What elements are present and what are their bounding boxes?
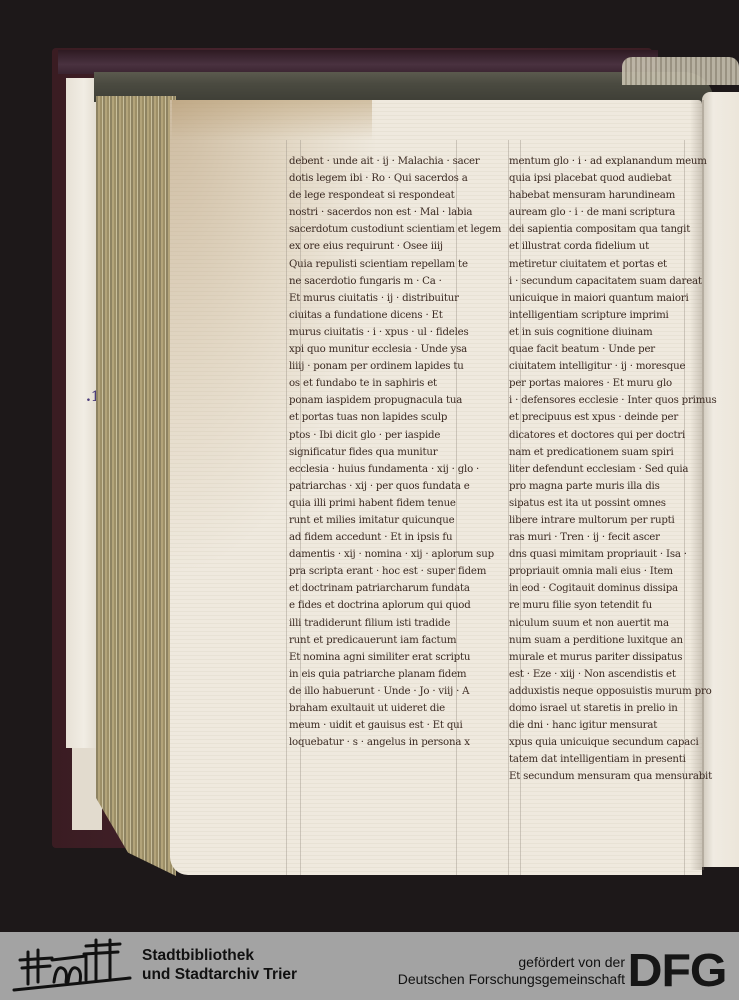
manuscript-line: xpi quo munitur ecclesia · Unde ysa (289, 341, 501, 358)
headband (622, 57, 739, 85)
institution-name: Stadtbibliothek und Stadtarchiv Trier (142, 946, 297, 984)
manuscript-line: significatur fides qua munitur (289, 444, 501, 461)
manuscript-line: de illo habuerunt · Unde · Jo · viij · A (289, 683, 501, 700)
manuscript-line: ciuitas a fundatione dicens · Et (289, 307, 501, 324)
manuscript-line: est · Eze · xiij · Non ascendistis et (509, 666, 717, 683)
manuscript-line: die dni · hanc igitur mensurat (509, 717, 717, 734)
manuscript-scan: .1 debent · unde ait · ij · Malachia · s… (0, 0, 739, 932)
manuscript-line: ex ore eius requirunt · Osee iiij (289, 238, 501, 255)
manuscript-line: per portas maiores · Et muru glo (509, 375, 717, 392)
manuscript-line: i · defensores ecclesie · Inter quos pri… (509, 392, 717, 409)
dfg-logo-icon: DFG (628, 950, 727, 990)
manuscript-line: auream glo · i · de mani scriptura (509, 204, 717, 221)
manuscript-line: liter defendunt ecclesiam · Sed quia (509, 461, 717, 478)
page-fore-edge (96, 96, 176, 876)
manuscript-line: adduxistis neque opposuistis murum pro (509, 683, 717, 700)
manuscript-line: meum · uidit et gauisus est · Et qui (289, 717, 501, 734)
manuscript-line: xpus quia unicuique secundum capaci (509, 734, 717, 751)
funding-line-1: gefördert von der (398, 954, 625, 971)
manuscript-line: et in suis cognitione diuinam (509, 324, 717, 341)
manuscript-line: re muru filie syon tetendit fu (509, 597, 717, 614)
manuscript-line: ad fidem accedunt · Et in ipsis fu (289, 529, 501, 546)
manuscript-line: in eis quia patriarche planam fidem (289, 666, 501, 683)
funding-note: gefördert von der Deutschen Forschungsge… (398, 954, 625, 988)
funding-line-2: Deutschen Forschungsgemeinschaft (398, 971, 625, 988)
manuscript-line: damentis · xij · nomina · xij · aplorum … (289, 546, 501, 563)
manuscript-line: Et murus ciuitatis · ij · distribuitur (289, 290, 501, 307)
manuscript-line: i · secundum capacitatem suam dareat (509, 273, 717, 290)
manuscript-line: loquebatur · s · angelus in persona x (289, 734, 501, 751)
manuscript-line: ras muri · Tren · ij · fecit ascer (509, 529, 717, 546)
manuscript-line: pro magna parte muris illa dis (509, 478, 717, 495)
manuscript-line: quia ipsi placebat quod audiebat (509, 170, 717, 187)
manuscript-line: mentum glo · i · ad explanandum meum (509, 153, 717, 170)
binding-top-edge (58, 50, 658, 74)
manuscript-line: os et fundabo te in saphiris et (289, 375, 501, 392)
manuscript-line: nam et predicationem suam spiri (509, 444, 717, 461)
manuscript-line: dns quasi mimitam propriauit · Isa · (509, 546, 717, 563)
manuscript-line: dotis legem ibi · Ro · Qui sacerdos a (289, 170, 501, 187)
manuscript-line: illi tradiderunt filium isti tradide (289, 615, 501, 632)
manuscript-line: tatem dat intelligentiam in presenti (509, 751, 717, 768)
manuscript-line: num suam a perditione luxitque an (509, 632, 717, 649)
manuscript-line: patriarchas · xij · per quos fundata e (289, 478, 501, 495)
manuscript-line: Et nomina agni similiter erat scriptu (289, 649, 501, 666)
manuscript-line: propriauit omnia mali eius · Item (509, 563, 717, 580)
manuscript-line: et doctrinam patriarcharum fundata (289, 580, 501, 597)
manuscript-line: quia illi primi habent fidem tenue (289, 495, 501, 512)
manuscript-line: dei sapientia compositam qua tangit (509, 221, 717, 238)
manuscript-line: sacerdotum custodiunt scientiam et legem (289, 221, 501, 238)
manuscript-line: e fides et doctrina aplorum qui quod (289, 597, 501, 614)
manuscript-line: debent · unde ait · ij · Malachia · sace… (289, 153, 501, 170)
manuscript-line: ciuitatem intelligitur · ij · moresque (509, 358, 717, 375)
manuscript-line: liiij · ponam per ordinem lapides tu (289, 358, 501, 375)
manuscript-line: runt et predicauerunt iam factum (289, 632, 501, 649)
ruling-line (286, 140, 287, 875)
manuscript-line: ecclesia · huius fundamenta · xij · glo … (289, 461, 501, 478)
page-block-top-edge (94, 72, 714, 102)
manuscript-line: domo israel ut staretis in prelio in (509, 700, 717, 717)
water-stain (172, 100, 372, 140)
manuscript-line: pra scripta erant · hoc est · super fide… (289, 563, 501, 580)
manuscript-line: intelligentiam scripture imprimi (509, 307, 717, 324)
text-column-right: mentum glo · i · ad explanandum meumquia… (509, 153, 717, 785)
institution-line-1: Stadtbibliothek (142, 946, 297, 965)
manuscript-line: libere intrare multorum per rupti (509, 512, 717, 529)
manuscript-line: niculum suum et non auertit ma (509, 615, 717, 632)
manuscript-line: murus ciuitatis · i · xpus · ul · fidele… (289, 324, 501, 341)
manuscript-line: murale et murus pariter dissipatus (509, 649, 717, 666)
manuscript-line: ptos · Ibi dicit glo · per iaspide (289, 427, 501, 444)
manuscript-line: ne sacerdotio fungaris m · Ca · (289, 273, 501, 290)
manuscript-line: in eod · Cogitauit dominus dissipa (509, 580, 717, 597)
footer-banner: Stadtbibliothek und Stadtarchiv Trier ge… (0, 932, 739, 1000)
manuscript-line: sipatus est ita ut possint omnes (509, 495, 717, 512)
manuscript-line: runt et milies imitatur quicunque (289, 512, 501, 529)
manuscript-line: quae facit beatum · Unde per (509, 341, 717, 358)
manuscript-line: dicatores et doctores qui per doctri (509, 427, 717, 444)
manuscript-line: habebat mensuram harundineam (509, 187, 717, 204)
manuscript-line: et portas tuas non lapides sculp (289, 409, 501, 426)
stadtbibliothek-trier-logo-icon (12, 938, 132, 994)
manuscript-line: Et secundum mensuram qua mensurabit (509, 768, 717, 785)
text-column-left: debent · unde ait · ij · Malachia · sace… (289, 153, 501, 751)
manuscript-line: ponam iaspidem propugnacula tua (289, 392, 501, 409)
manuscript-line: de lege respondeat si respondeat (289, 187, 501, 204)
manuscript-line: et precipuus est xpus · deinde per (509, 409, 717, 426)
manuscript-line: Quia repulisti scientiam repellam te (289, 256, 501, 273)
institution-line-2: und Stadtarchiv Trier (142, 965, 297, 984)
manuscript-line: metiretur ciuitatem et portas et (509, 256, 717, 273)
manuscript-line: nostri · sacerdos non est · Mal · labia (289, 204, 501, 221)
manuscript-line: braham exultauit ut uideret die (289, 700, 501, 717)
manuscript-line: et illustrat corda fidelium ut (509, 238, 717, 255)
manuscript-line: unicuique in maiori quantum maiori (509, 290, 717, 307)
